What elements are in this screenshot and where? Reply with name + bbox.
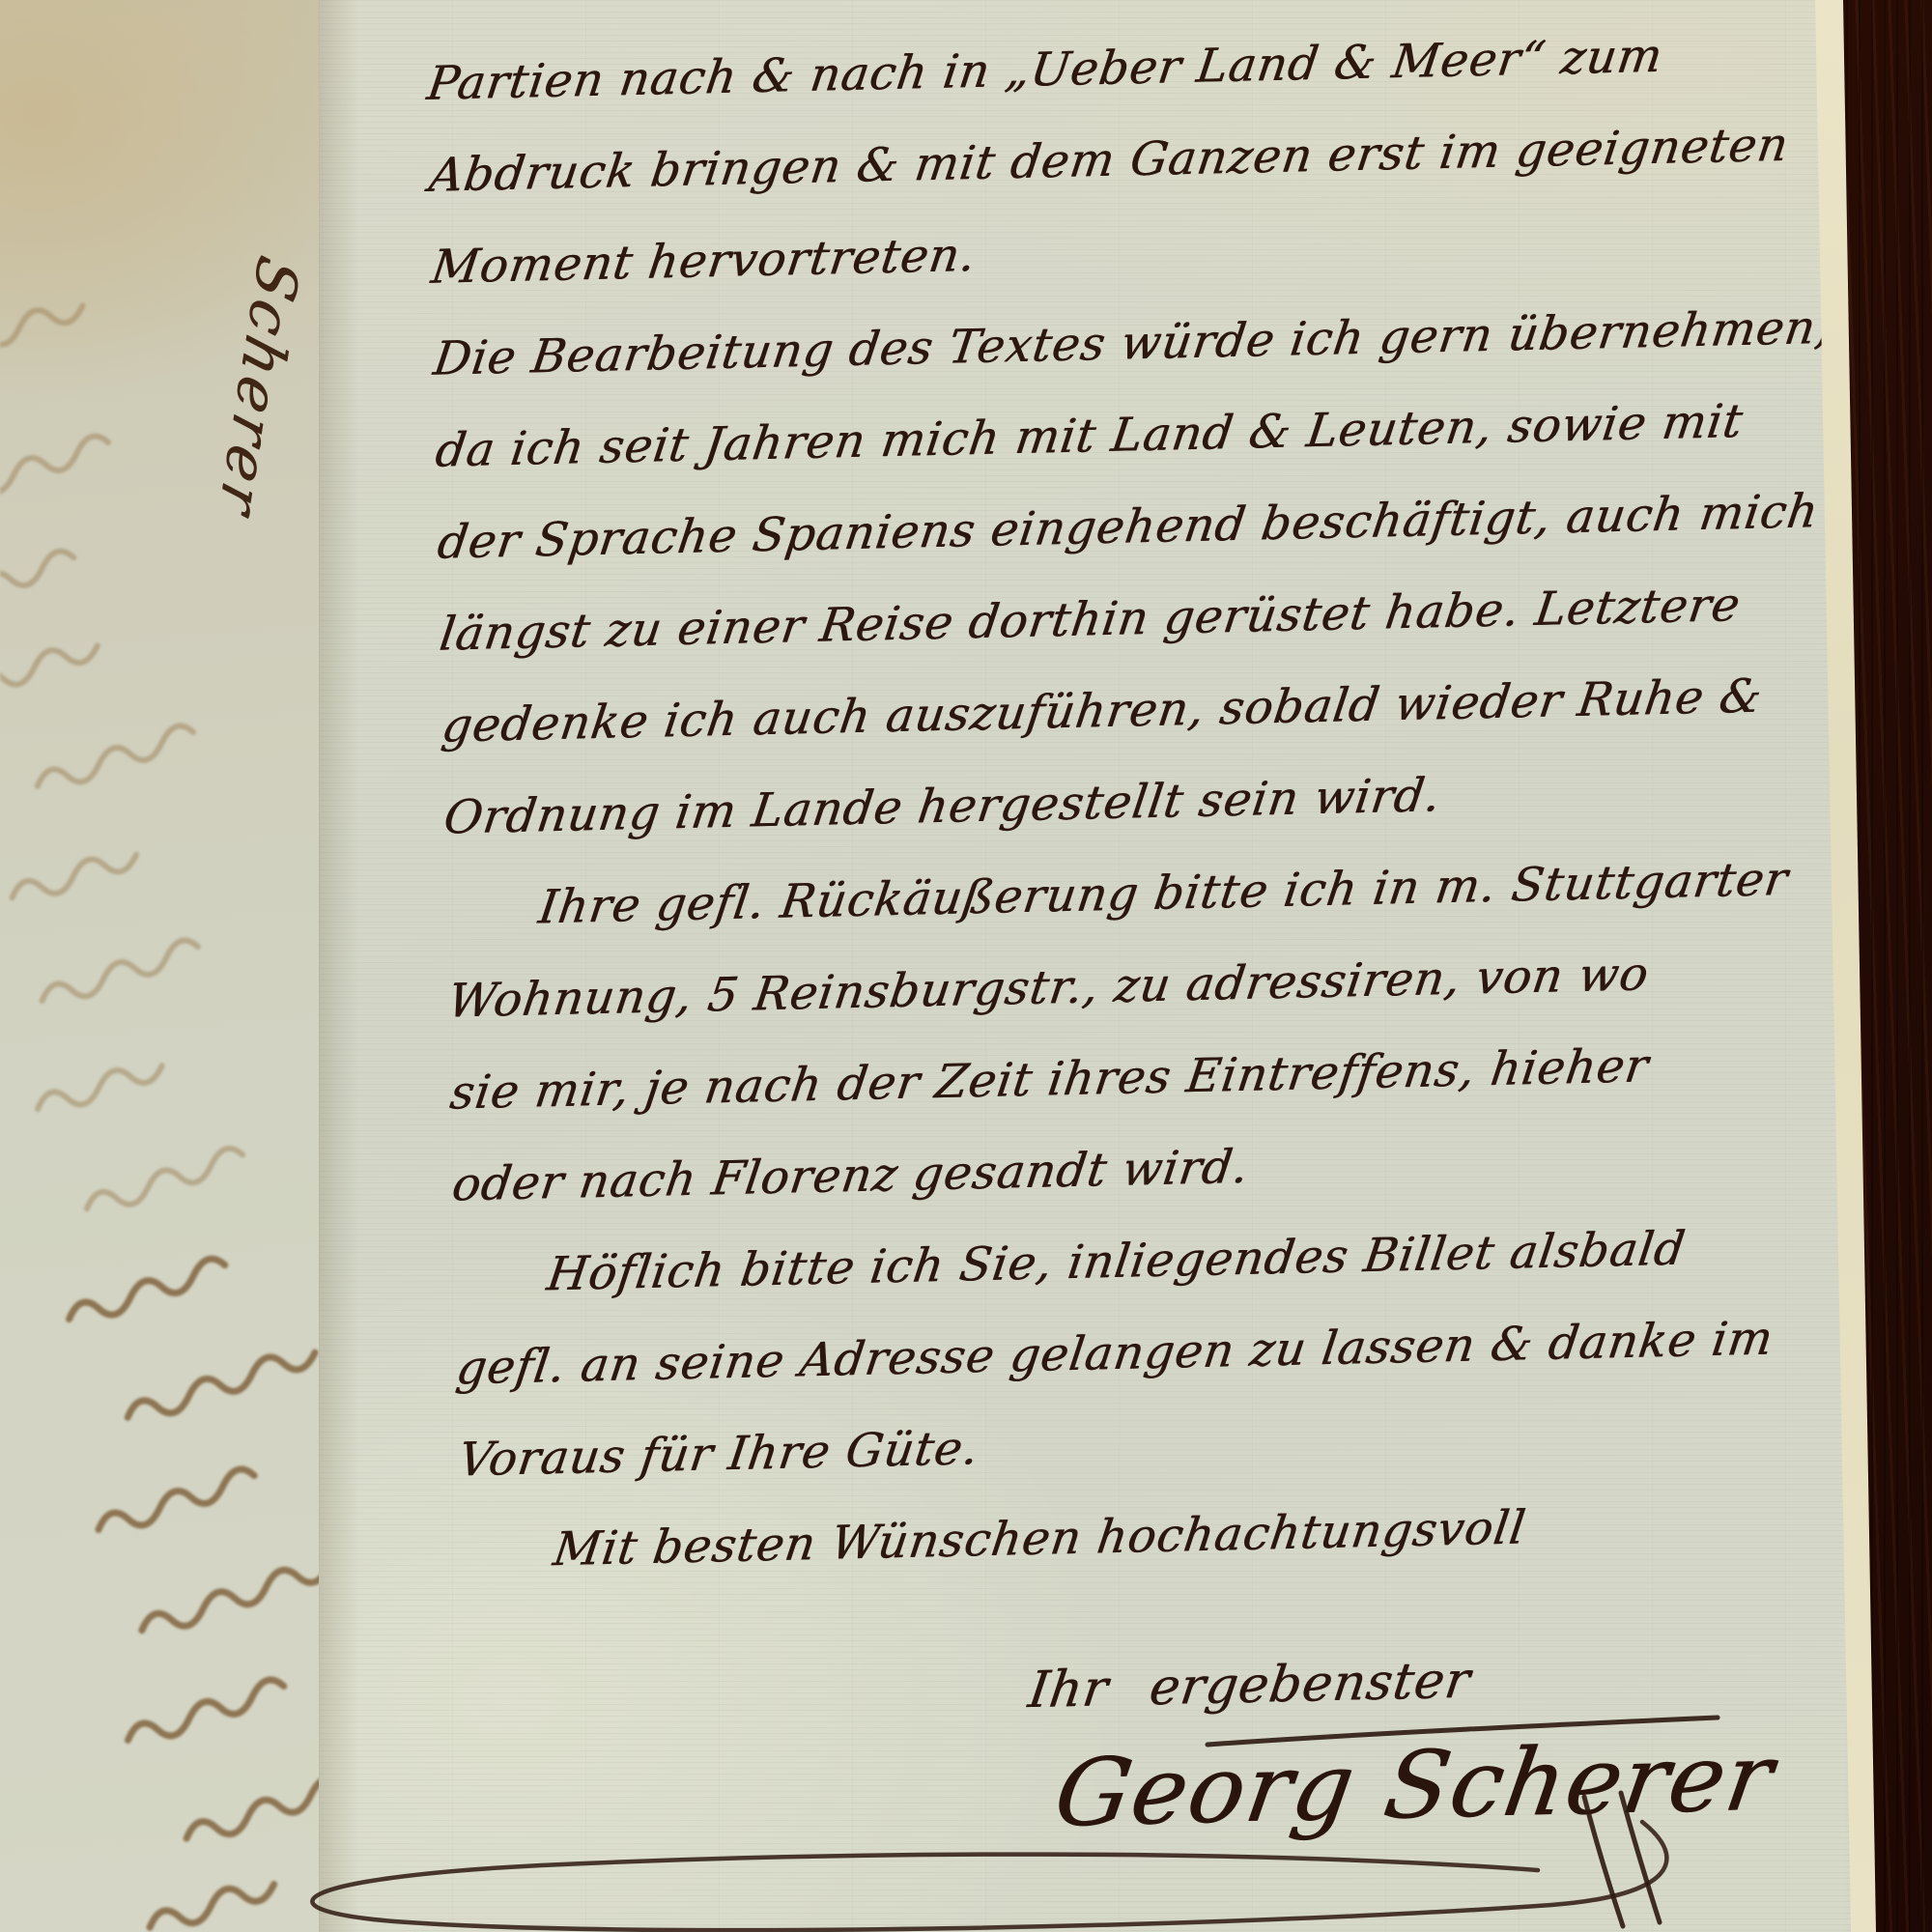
letter-page: Partien nach & nach in „Ueber Land & Mee… [319,0,1903,1932]
photo-scene: Scherer Partien nach & nach in „Ueber La… [0,0,1932,1932]
signature: Georg Scherer [1048,1720,1917,1846]
letter-body: Partien nach & nach in „Ueber Land & Mee… [419,6,1909,1861]
valediction: Ihr ergebenster [1023,1625,1913,1737]
